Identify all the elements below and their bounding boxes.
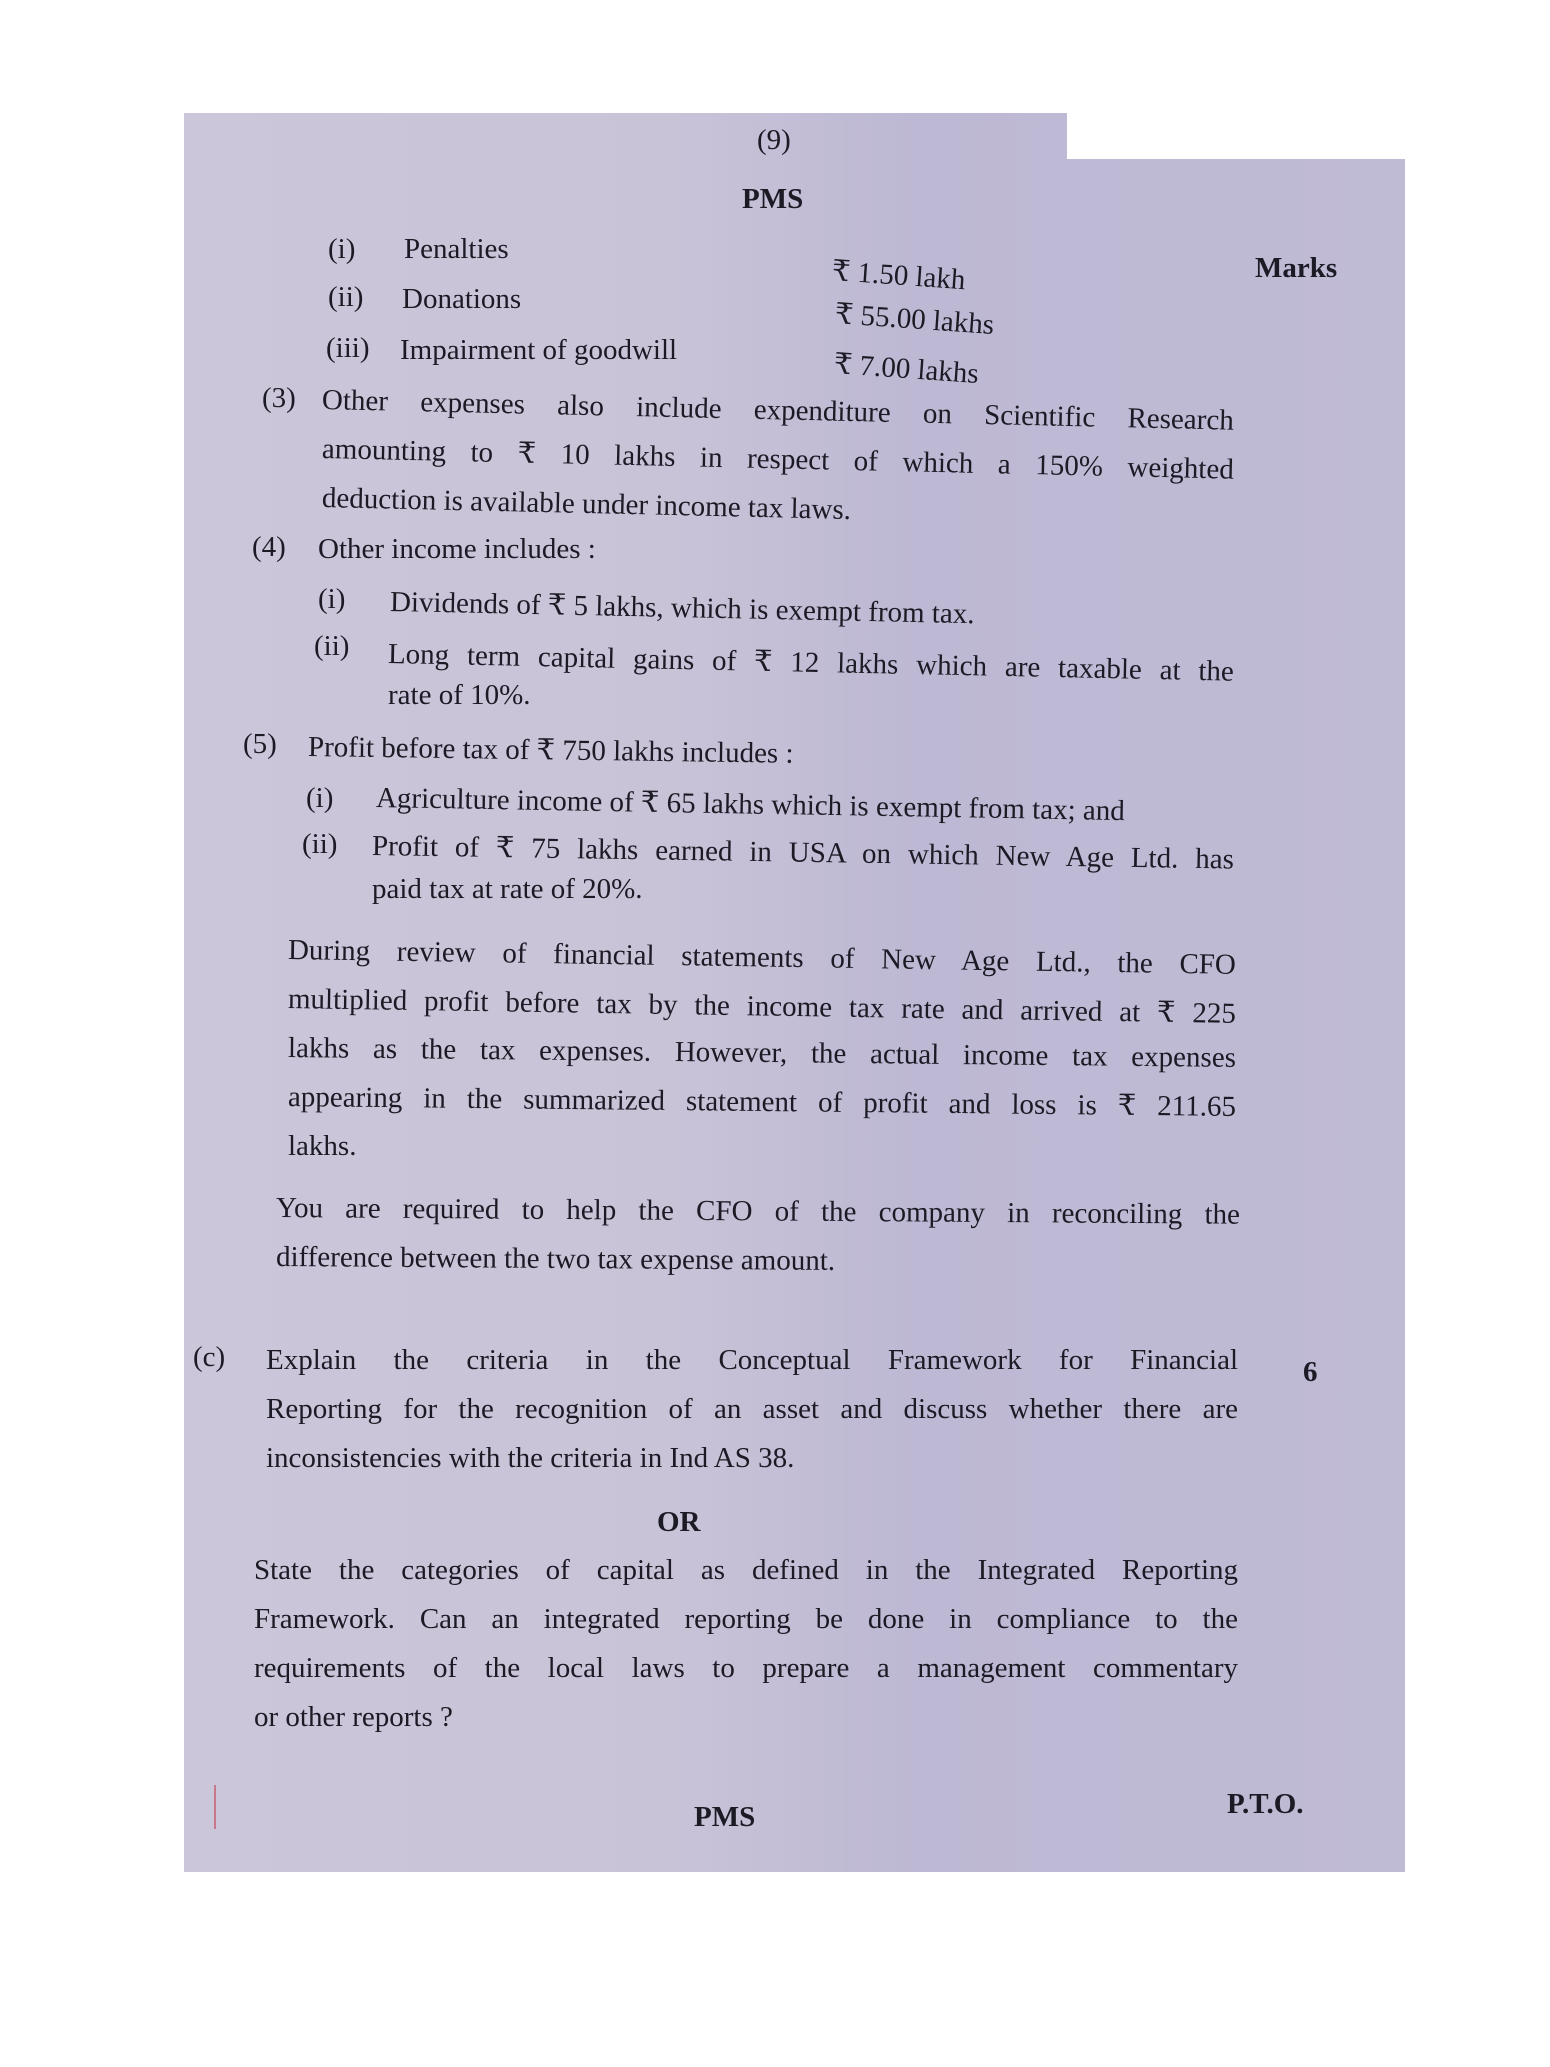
question-c-marks: 6: [1303, 1358, 1318, 1387]
item-label: Donations: [402, 285, 521, 314]
or-separator: OR: [657, 1508, 701, 1537]
review-paragraph: During review of financial statements of…: [288, 926, 1236, 1171]
note5-num: (5): [243, 730, 277, 759]
note5-heading: Profit before tax of ₹ 750 lakhs include…: [308, 733, 794, 769]
question-c-label: (c): [193, 1343, 225, 1372]
marks-label: Marks: [1255, 254, 1337, 283]
text-line: State the categories of capital as defin…: [254, 1546, 1238, 1595]
note4-item-num: (i): [318, 585, 345, 614]
text-line: Framework. Can an integrated reporting b…: [254, 1595, 1238, 1644]
text-line: Explain the criteria in the Conceptual F…: [266, 1336, 1238, 1385]
item-label: Penalties: [404, 235, 509, 264]
text-line: requirements of the local laws to prepar…: [254, 1644, 1238, 1693]
text-line: You are required to help the CFO of the …: [276, 1184, 1240, 1240]
note3-text: Other expenses also include expenditure …: [322, 376, 1234, 523]
item-num: (i): [328, 235, 355, 264]
note3-num: (3): [262, 384, 296, 413]
pto-label: P.T.O.: [1227, 1790, 1304, 1819]
note4-item-num: (ii): [314, 632, 349, 661]
item-label: Impairment of goodwill: [400, 336, 677, 365]
note5-item-num: (ii): [302, 830, 337, 859]
page-notch: [1067, 113, 1405, 159]
text-line: inconsistencies with the criteria in Ind…: [266, 1434, 1238, 1483]
item-num: (iii): [326, 334, 370, 363]
note4-item-text: Long term capital gains of ₹ 12 lakhs wh…: [388, 630, 1234, 711]
paper-code-header: PMS: [742, 185, 803, 214]
text-line: or other reports ?: [254, 1693, 1238, 1742]
text-line: Reporting for the recognition of an asse…: [266, 1385, 1238, 1434]
question-c-text: Explain the criteria in the Conceptual F…: [266, 1336, 1238, 1483]
text-line: appearing in the summarized statement of…: [288, 1073, 1236, 1132]
note4-num: (4): [252, 533, 286, 562]
paper-code-footer: PMS: [694, 1803, 755, 1832]
red-pen-mark: [214, 1785, 216, 1829]
note5-item-num: (i): [306, 784, 333, 813]
question-c-alternative: State the categories of capital as defin…: [254, 1546, 1238, 1742]
required-paragraph: You are required to help the CFO of the …: [276, 1184, 1240, 1282]
text-line: difference between the two tax expense a…: [276, 1233, 1240, 1289]
note5-item-text: Profit of ₹ 75 lakhs earned in USA on wh…: [372, 822, 1234, 907]
note4-heading: Other income includes :: [318, 535, 596, 564]
page-number: (9): [757, 126, 791, 155]
item-num: (ii): [328, 283, 363, 312]
